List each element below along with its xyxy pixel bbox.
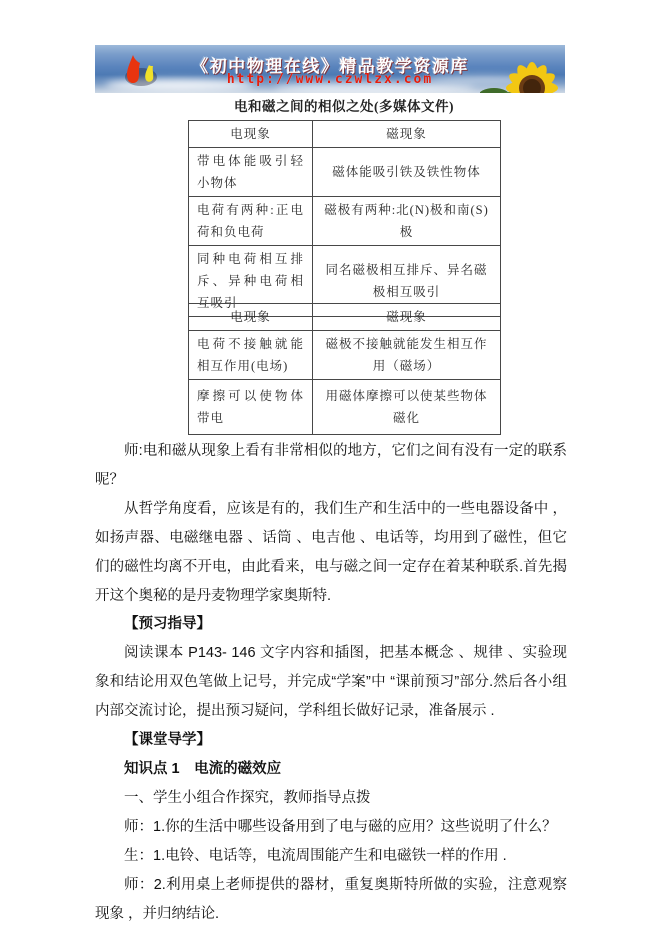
tables-caption: 电和磁之间的相似之处(多媒体文件) bbox=[188, 95, 500, 115]
paragraph-philosophy-explanation: 从哲学角度看，应该是有的，我们生产和生活中的一些电器设备中 ，如扬声器、电磁继电… bbox=[95, 495, 567, 611]
comparison-table-electric-magnetic-1: 电现象 磁现象 带电体能吸引轻小物体 磁体能吸引铁及铁性物体 电荷有两种:正电荷… bbox=[188, 120, 501, 317]
comparison-table-electric-magnetic-2: 电现象 磁现象 电荷不接触就能相互作用(电场) 磁极不接触就能发生相互作用（磁场… bbox=[188, 303, 501, 435]
section-heading-preview-guidance: 【预习指导】 bbox=[95, 610, 567, 639]
table-cell: 磁体能吸引铁及铁性物体 bbox=[313, 148, 501, 197]
paragraph-preview-instructions: 阅读课本 P143- 146 文字内容和插图，把基本概念 、规律 、实验现象和结… bbox=[95, 639, 567, 726]
column-header-electric: 电现象 bbox=[189, 304, 313, 331]
paragraph-teacher-question-1: 师：1.你的生活中哪些设备用到了电与磁的应用？这些说明了什么？ bbox=[95, 813, 567, 842]
paragraph-group-exploration: 一、学生小组合作探究，教师指导点拨 bbox=[95, 784, 567, 813]
table-cell: 摩擦可以使物体带电 bbox=[189, 380, 313, 435]
table-row: 电荷有两种:正电荷和负电荷 磁极有两种:北(N)极和南(S)极 bbox=[189, 197, 501, 246]
sunflower-icon bbox=[480, 60, 565, 93]
table-cell: 用磁体摩擦可以使某些物体磁化 bbox=[313, 380, 501, 435]
table-cell: 磁极不接触就能发生相互作用（磁场） bbox=[313, 331, 501, 380]
section-heading-classroom-guidance: 【课堂导学】 bbox=[95, 726, 567, 755]
table-cell: 电荷有两种:正电荷和负电荷 bbox=[189, 197, 313, 246]
column-header-magnetic: 磁现象 bbox=[313, 121, 501, 148]
site-banner: 《初中物理在线》精品教学资源库 http://www.czwlzx.com bbox=[95, 45, 565, 93]
table-row: 摩擦可以使物体带电 用磁体摩擦可以使某些物体磁化 bbox=[189, 380, 501, 435]
heading-knowledge-point-1: 知识点 1 电流的磁效应 bbox=[95, 755, 567, 784]
table-header-row: 电现象 磁现象 bbox=[189, 121, 501, 148]
table-cell: 电荷不接触就能相互作用(电场) bbox=[189, 331, 313, 380]
paragraph-student-answer-1: 生：1.电铃、电话等，电流周围能产生和电磁铁一样的作用 . bbox=[95, 842, 567, 871]
table-row: 带电体能吸引轻小物体 磁体能吸引铁及铁性物体 bbox=[189, 148, 501, 197]
table-cell: 磁极有两种:北(N)极和南(S)极 bbox=[313, 197, 501, 246]
paragraph-teacher-question-2: 师：2.利用桌上老师提供的器材，重复奥斯特所做的实验，注意观察现象 ，并归纳结论… bbox=[95, 871, 567, 929]
table-cell: 带电体能吸引轻小物体 bbox=[189, 148, 313, 197]
paragraph-teacher-intro-question: 师:电和磁从现象上看有非常相似的地方，它们之间有没有一定的联系呢？ bbox=[95, 437, 567, 495]
column-header-electric: 电现象 bbox=[189, 121, 313, 148]
document-page: 《初中物理在线》精品教学资源库 http://www.czwlzx.com 电和… bbox=[0, 0, 661, 935]
lesson-body-text: 师:电和磁从现象上看有非常相似的地方，它们之间有没有一定的联系呢？ 从哲学角度看… bbox=[95, 437, 567, 928]
table-header-row: 电现象 磁现象 bbox=[189, 304, 501, 331]
column-header-magnetic: 磁现象 bbox=[313, 304, 501, 331]
table-row: 电荷不接触就能相互作用(电场) 磁极不接触就能发生相互作用（磁场） bbox=[189, 331, 501, 380]
